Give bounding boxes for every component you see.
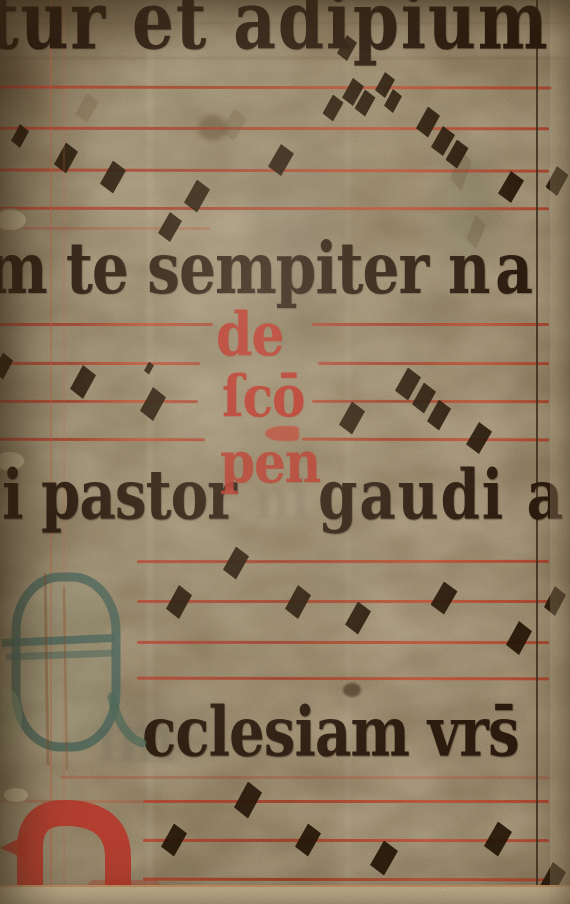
text-line-3-right: gaudi a — [318, 455, 565, 535]
staff-line — [0, 127, 549, 131]
text-line-4: cclesiam vrs̄ — [142, 692, 519, 772]
manuscript-page: imni tur et adipium m te sempiter na i p… — [0, 0, 570, 904]
rubric-line-3: pen — [220, 428, 320, 496]
ghost-neume — [221, 109, 247, 141]
right-bounding-line — [536, 0, 539, 904]
right-margin-strip — [550, 0, 570, 904]
initial-e-green — [0, 565, 160, 770]
neume — [345, 602, 371, 635]
staff-line — [143, 800, 549, 803]
staff-line — [137, 641, 549, 645]
staff-line — [318, 362, 549, 365]
ghost-neume — [75, 93, 99, 123]
neume — [323, 95, 344, 122]
rubric-line-2: ſcō — [222, 362, 304, 430]
bottom-edge-band — [0, 885, 570, 904]
staff-line — [0, 362, 200, 365]
neume — [427, 400, 451, 431]
neume — [295, 824, 321, 857]
rubric-line-1: de — [216, 300, 283, 370]
neume — [431, 582, 458, 615]
staff-line — [137, 560, 549, 564]
neume — [70, 365, 96, 399]
text-line-3-left: i pastor — [2, 455, 236, 535]
neume — [223, 547, 249, 580]
neume — [466, 422, 492, 454]
neume — [370, 841, 398, 876]
neume — [100, 161, 126, 194]
staff-line — [302, 438, 549, 442]
staff-line — [143, 878, 549, 882]
neume — [484, 822, 512, 857]
neume — [0, 353, 13, 380]
neume — [412, 383, 436, 414]
neume — [339, 402, 365, 435]
text-line-2-right: na — [448, 228, 538, 311]
staff-line — [0, 323, 213, 326]
neume — [506, 621, 532, 655]
neume — [140, 387, 166, 421]
neume — [498, 171, 524, 203]
stain — [313, 550, 378, 595]
staff-line — [0, 400, 198, 404]
staff-line — [0, 438, 205, 442]
text-line-top: tur et adipium — [0, 0, 550, 68]
neume — [166, 585, 192, 619]
staff-line — [137, 600, 549, 603]
staff-line — [137, 677, 549, 681]
staff-line — [0, 207, 549, 211]
text-line-2-left: m te sempiter — [0, 228, 428, 311]
neume — [416, 107, 440, 138]
staff-line — [0, 86, 552, 90]
staff-line — [312, 323, 549, 326]
neume — [234, 782, 262, 819]
neume — [285, 585, 311, 619]
